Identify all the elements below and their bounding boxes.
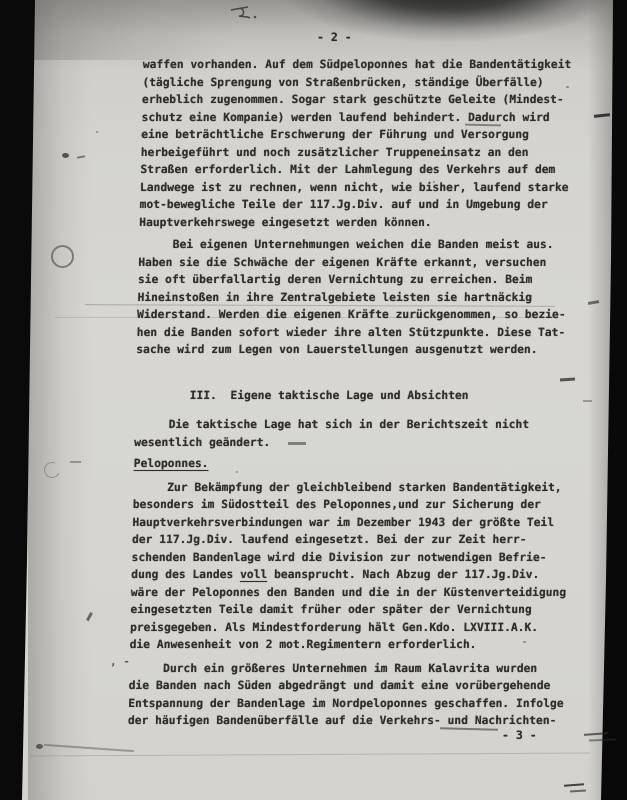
heading-peloponnes: Peloponnes. — [134, 455, 618, 473]
scan-topleft-shading — [33, 0, 283, 60]
ink-mark — [570, 789, 586, 792]
ink-mark — [44, 744, 134, 752]
scanned-document-page: , - - 2 - waffen vorhanden. Auf dem Südp… — [0, 0, 627, 800]
para-kalavrita: Durch ein größeres Unternehmen im Raum K… — [128, 660, 614, 730]
ink-mark — [564, 783, 584, 786]
page-number-top: - 2 - — [317, 30, 352, 44]
heading-iii: III. Eigene taktische Lage und Absichten — [135, 387, 619, 405]
para-taktische-lage: Die taktische Lage hat sich in der Beric… — [134, 416, 619, 451]
para-waffen: waffen vorhanden. Auf dem Südpeloponnes … — [139, 56, 627, 231]
page-number-bottom: - 3 - — [502, 728, 537, 742]
scratch-line — [30, 753, 590, 757]
para-zur-bekaempfung: Zur Bekämpfung der gleichbleibend starke… — [129, 479, 617, 654]
para-bei-eigenen: Bei eigenen Unternehmungen weichen die B… — [136, 236, 623, 359]
handwritten-squiggle-mark — [229, 4, 263, 22]
text-body: waffen vorhanden. Auf dem Südpeloponnes … — [0, 56, 627, 730]
ink-mark — [36, 744, 43, 749]
